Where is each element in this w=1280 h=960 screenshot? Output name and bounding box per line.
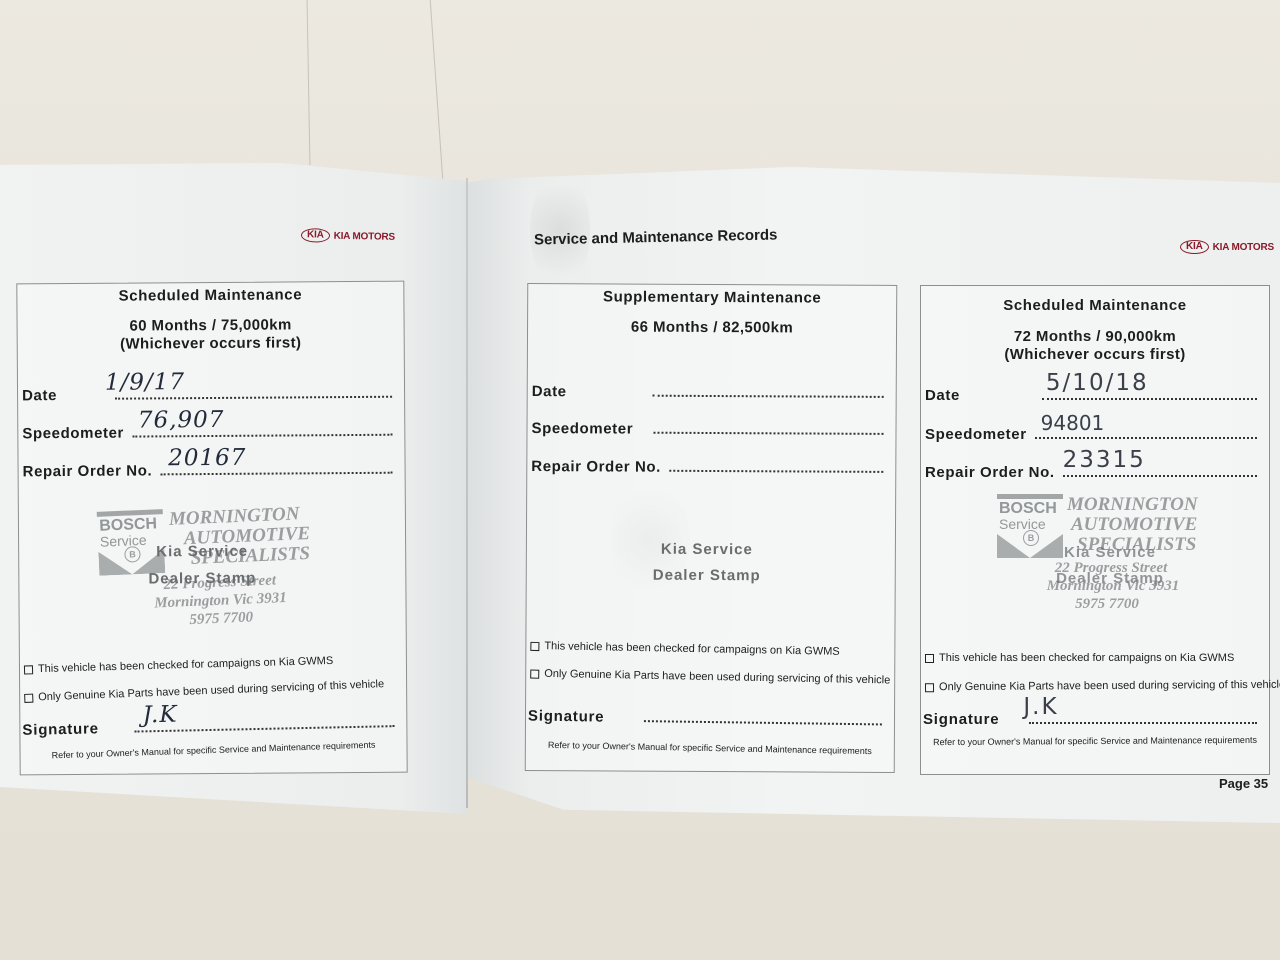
record-footnote: Refer to your Owner's Manual for specifi… [921, 735, 1269, 747]
gwms-check-label: This vehicle has been checked for campai… [38, 655, 334, 675]
date-label: Date [22, 387, 57, 404]
kia-oval-icon: KIA [301, 228, 330, 242]
stamp-name-line2: AUTOMOTIVE [1071, 514, 1197, 535]
gwms-check-row[interactable]: This vehicle has been checked for campai… [530, 640, 839, 658]
speedometer-value: 76,907 [138, 407, 225, 434]
stamp-placeholder-line1: Kia Service [519, 540, 895, 559]
record-note: (Whichever occurs first) [18, 334, 404, 355]
record-title: Scheduled Maintenance [921, 297, 1269, 314]
service-record-card: Scheduled Maintenance 60 Months / 75,000… [16, 281, 407, 776]
genuine-parts-checkbox[interactable] [530, 669, 539, 678]
brand-name: KIA MOTORS [334, 230, 396, 242]
repair-order-value: 23315 [1063, 447, 1146, 473]
date-label: Date [532, 383, 567, 400]
signature-label: Signature [528, 708, 605, 726]
service-record-card: Supplementary Maintenance 66 Months / 82… [525, 283, 898, 773]
genuine-parts-check-label: Only Genuine Kia Parts have been used du… [38, 678, 384, 703]
genuine-parts-check-label: Only Genuine Kia Parts have been used du… [544, 668, 890, 687]
record-footnote: Refer to your Owner's Manual for specifi… [20, 739, 406, 762]
record-title: Supplementary Maintenance [528, 288, 896, 307]
repair-order-field[interactable]: Repair Order No. 20167 [23, 456, 393, 481]
stamp-placeholder-line2: Dealer Stamp [0, 569, 405, 589]
record-interval: 72 Months / 90,000km [921, 328, 1269, 346]
genuine-parts-check-label: Only Genuine Kia Parts have been used du… [939, 679, 1280, 693]
speedometer-label: Speedometer [925, 426, 1027, 443]
gwms-check-row[interactable]: This vehicle has been checked for campai… [24, 655, 334, 676]
repair-order-field[interactable]: Repair Order No. 23315 [925, 459, 1257, 481]
stamp-phone: 5975 7700 [1037, 596, 1177, 613]
gwms-checkbox[interactable] [530, 641, 539, 650]
speedometer-label: Speedometer [531, 420, 633, 438]
date-field[interactable]: Date [532, 378, 884, 402]
record-footnote: Refer to your Owner's Manual for specifi… [526, 739, 894, 756]
gwms-checkbox[interactable] [24, 665, 33, 674]
gwms-check-row[interactable]: This vehicle has been checked for campai… [925, 652, 1234, 664]
genuine-parts-checkbox[interactable] [925, 683, 934, 692]
signature-field[interactable]: Signature J.K [22, 709, 394, 739]
brand-name: KIA MOTORS [1213, 242, 1274, 253]
booklet-spine [466, 178, 468, 808]
speedometer-field[interactable]: Speedometer 94801 [925, 421, 1257, 443]
gwms-check-label: This vehicle has been checked for campai… [544, 640, 839, 658]
speedometer-label: Speedometer [22, 425, 124, 443]
repair-order-label: Repair Order No. [23, 462, 153, 480]
repair-order-label: Repair Order No. [531, 458, 661, 476]
kia-motors-logo: KIA KIA MOTORS [1180, 240, 1274, 254]
genuine-parts-check-row[interactable]: Only Genuine Kia Parts have been used du… [530, 668, 890, 687]
stamp-placeholder-line1: Kia Service [0, 542, 405, 562]
speedometer-field[interactable]: Speedometer [531, 415, 883, 439]
speedometer-field[interactable]: Speedometer 76,907 [22, 418, 392, 443]
date-value: 1/9/17 [105, 369, 185, 396]
gwms-checkbox[interactable] [925, 654, 934, 663]
genuine-parts-check-row[interactable]: Only Genuine Kia Parts have been used du… [24, 678, 384, 704]
gwms-check-label: This vehicle has been checked for campai… [939, 652, 1234, 664]
stamp-name-line1: MORNINGTON [1067, 494, 1198, 515]
kia-motors-logo: KIA KIA MOTORS [301, 228, 395, 244]
kia-oval-icon: KIA [1180, 240, 1209, 254]
record-interval: 66 Months / 82,500km [528, 318, 896, 338]
service-booklet: KIA KIA MOTORS Service and Maintenance R… [0, 0, 1280, 960]
signature-label: Signature [22, 720, 99, 739]
service-record-card: Scheduled Maintenance 72 Months / 90,000… [920, 285, 1270, 775]
date-field[interactable]: Date 1/9/17 [22, 380, 392, 405]
stamp-placeholder-line2: Dealer Stamp [951, 570, 1269, 587]
signature-field[interactable]: Signature [528, 703, 882, 730]
repair-order-value: 20167 [168, 445, 246, 472]
date-value: 5/10/18 [1046, 370, 1149, 396]
repair-order-field[interactable]: Repair Order No. [531, 453, 883, 477]
page-number: Page 35 [1219, 776, 1268, 791]
signature-field[interactable]: Signature J.K [923, 706, 1257, 728]
date-field[interactable]: Date 5/10/18 [925, 382, 1257, 404]
stamp-placeholder-line1: Kia Service [951, 544, 1269, 561]
speedometer-value: 94801 [1041, 411, 1105, 435]
date-label: Date [925, 387, 960, 404]
record-title: Scheduled Maintenance [17, 286, 403, 306]
signature-value: J.K [142, 702, 177, 729]
genuine-parts-checkbox[interactable] [24, 693, 33, 702]
signature-label: Signature [923, 711, 999, 728]
genuine-parts-check-row[interactable]: Only Genuine Kia Parts have been used du… [925, 679, 1280, 694]
signature-value: J.K [1023, 694, 1058, 720]
stamp-placeholder-line2: Dealer Stamp [519, 566, 895, 585]
repair-order-label: Repair Order No. [925, 464, 1055, 481]
record-note: (Whichever occurs first) [921, 346, 1269, 364]
